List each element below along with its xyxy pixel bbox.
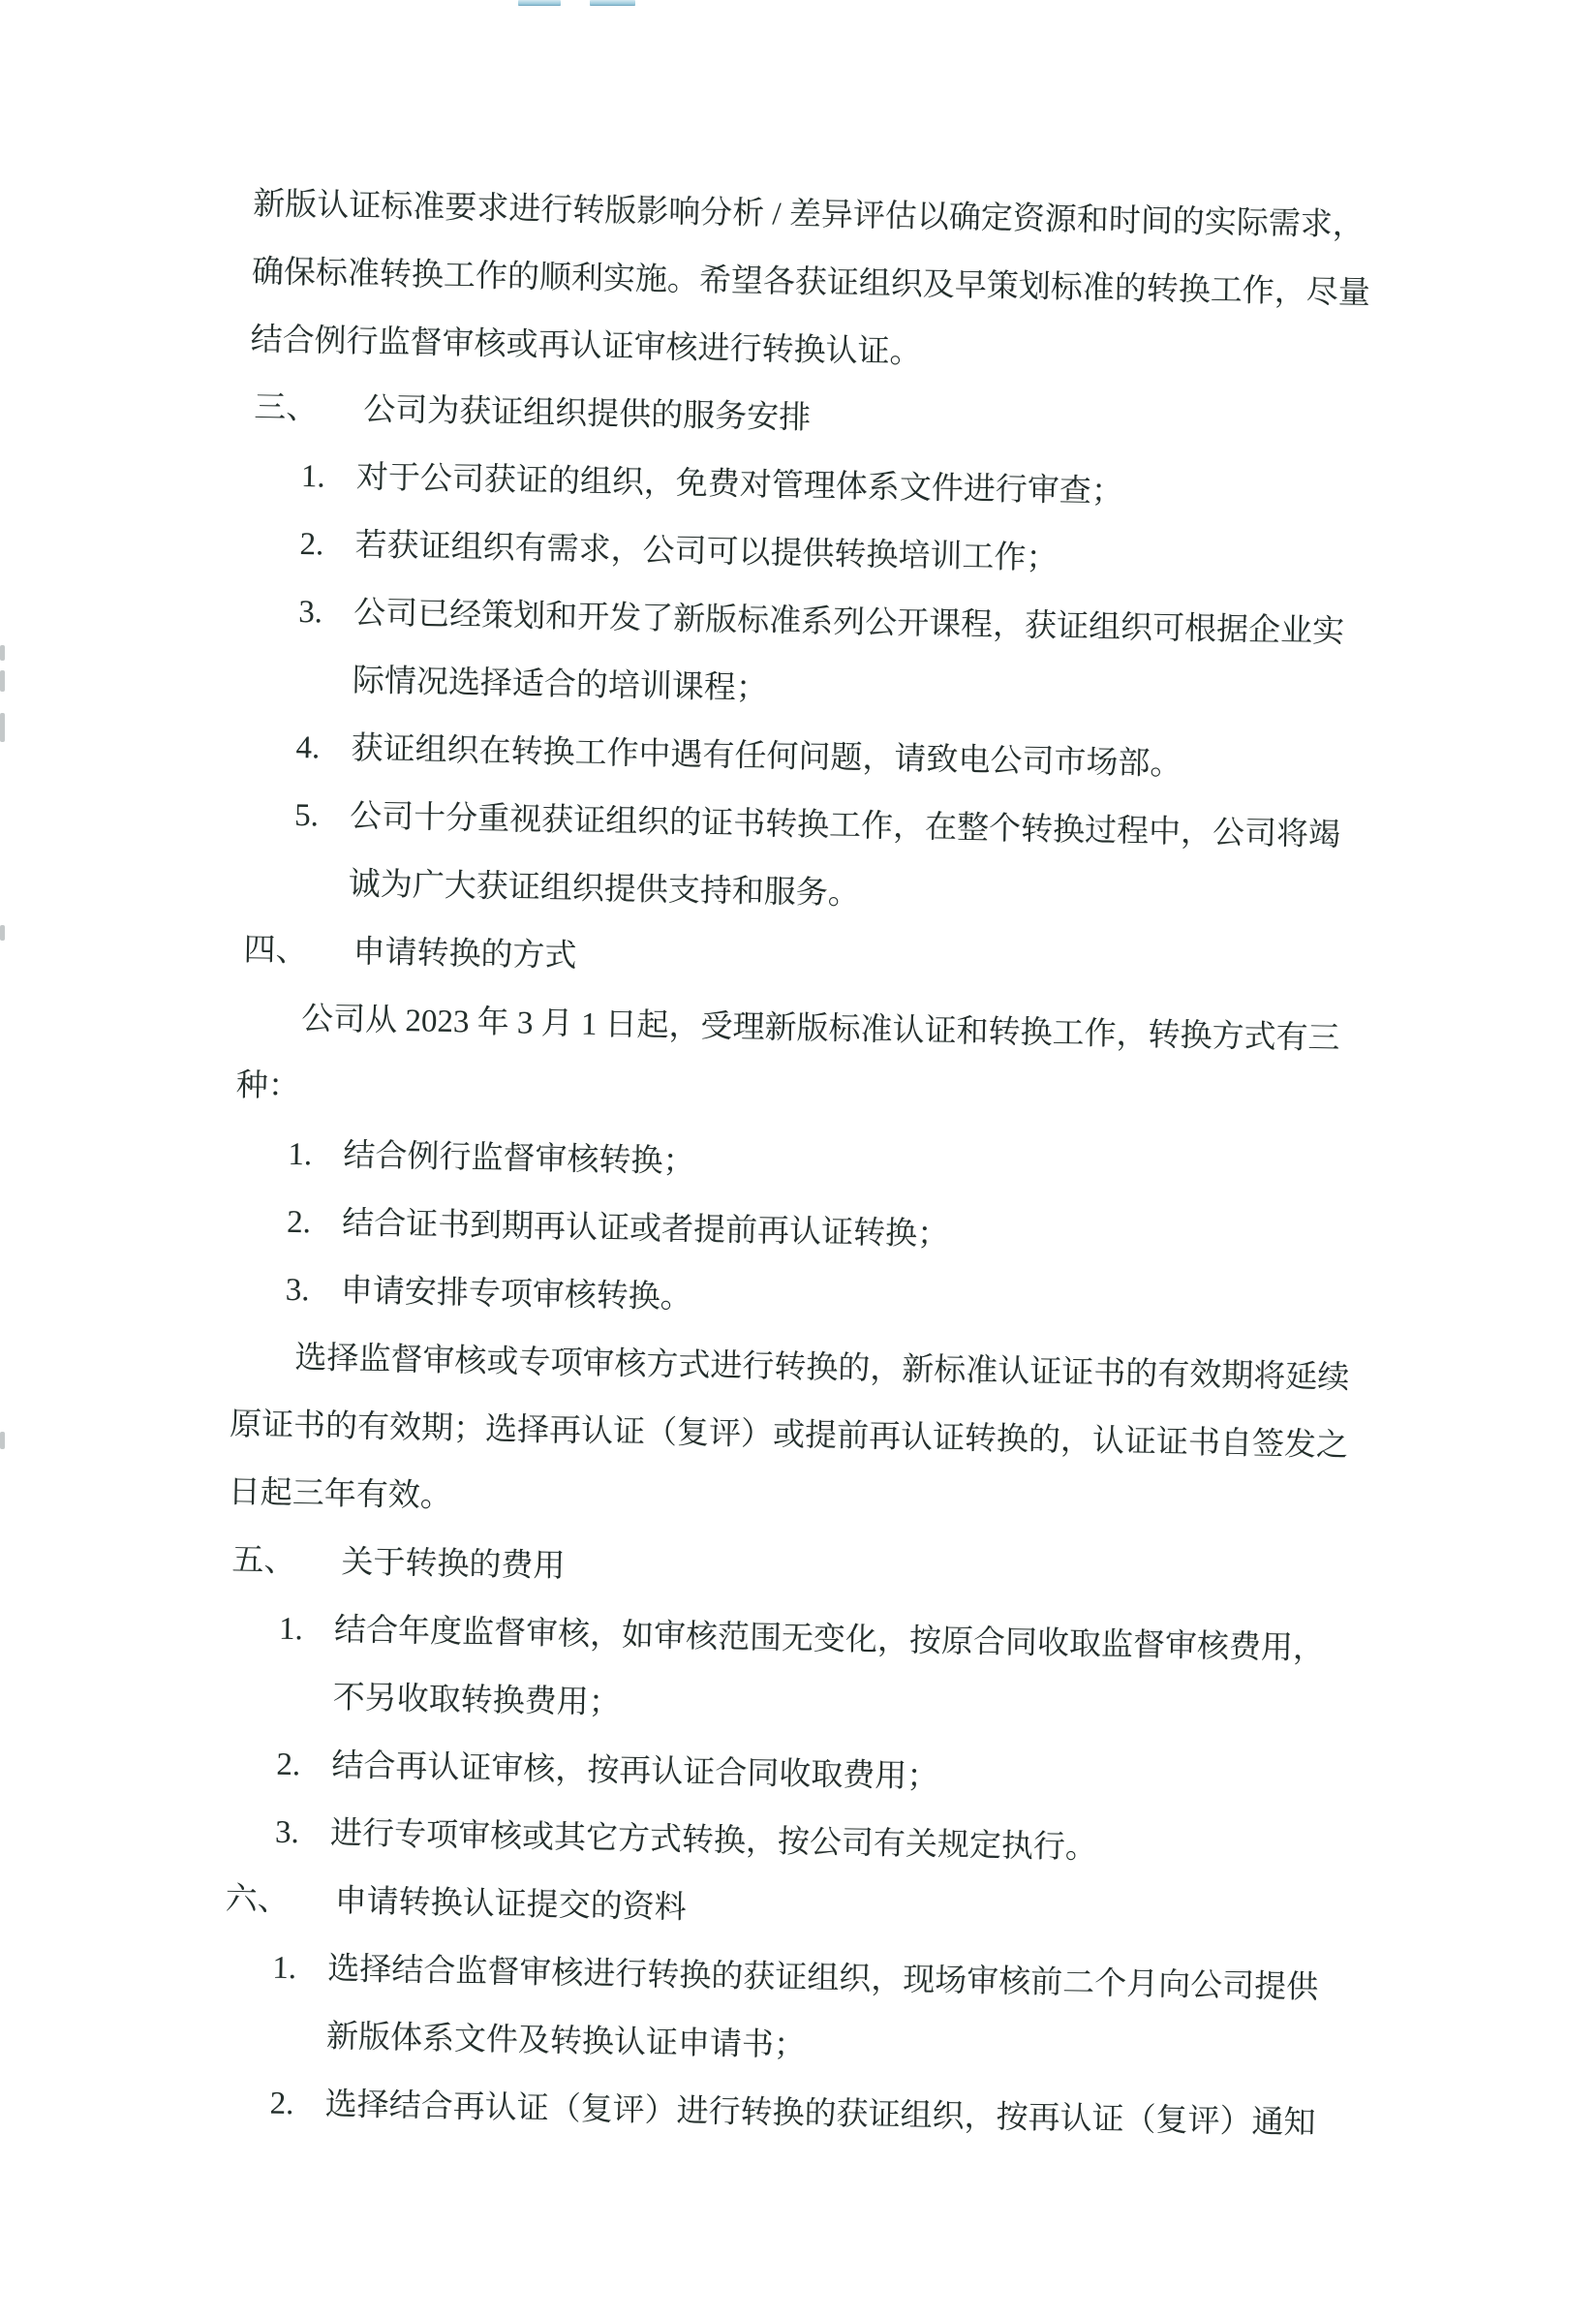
line-text: 日起三年有效。 xyxy=(228,1475,452,1514)
line-text: 诚为广大获证组织提供支持和服务。 xyxy=(349,867,861,912)
line-text: 种： xyxy=(236,1068,301,1104)
line-text: 获证组织在转换工作中遇有任何问题，请致电公司市场部。 xyxy=(351,731,1182,782)
line-text: 选择结合监督审核进行转换的获证组织，现场审核前二个月向公司提供 xyxy=(327,1952,1319,2006)
section-number: 六、 xyxy=(225,1866,335,1935)
item-number: 1. xyxy=(300,443,356,511)
line-text: 不另收取转换费用； xyxy=(332,1681,621,1721)
line-text: 新版体系文件及转换认证申请书； xyxy=(326,2020,807,2063)
item-number: 3. xyxy=(298,578,354,647)
item-number: 2. xyxy=(276,1731,332,1800)
line-text: 结合再认证审核，按再认证合同收取费用； xyxy=(331,1748,939,1795)
line-text: 新版认证标准要求进行转版影响分析 / 差异评估以确定资源和时间的实际需求， xyxy=(253,187,1365,243)
item-number: 2. xyxy=(269,2070,325,2139)
line-text: 确保标准转换工作的顺利实施。希望各获证组织及早策划标准的转换工作，尽量 xyxy=(252,255,1370,311)
line-text: 公司从 2023 年 3 月 1 日起，受理新版标准认证和转换工作，转换方式有三 xyxy=(301,1002,1340,1057)
scan-edge-mark xyxy=(0,1432,5,1449)
item-number: 2. xyxy=(299,510,355,579)
item-number: 2. xyxy=(286,1189,342,1257)
line-text: 申请转换认证提交的资料 xyxy=(334,1884,687,1926)
scan-blue-fragment xyxy=(590,0,635,6)
line-text: 关于转换的费用 xyxy=(341,1545,566,1584)
section-number: 五、 xyxy=(231,1527,342,1596)
document-text-block: 新版认证标准要求进行转版影响分析 / 差异评估以确定资源和时间的实际需求，确保标… xyxy=(216,170,1406,2158)
item-number: 1. xyxy=(278,1595,334,1664)
line-text: 公司已经策划和开发了新版标准系列公开课程，获证组织可根据企业实 xyxy=(353,596,1345,650)
line-text: 结合年度监督审核，如审核范围无变化，按原合同收取监督审核费用， xyxy=(334,1613,1326,1667)
item-number: 1. xyxy=(272,1934,328,2003)
section-number: 三、 xyxy=(254,374,364,444)
line-text: 进行专项审核或其它方式转换，按公司有关规定执行。 xyxy=(330,1816,1098,1866)
item-number: 4. xyxy=(295,714,352,783)
line-text: 公司十分重视获证组织的证书转换工作，在整个转换过程中，公司将竭 xyxy=(350,799,1341,853)
line-text: 若获证组织有需求，公司可以提供转换培训工作； xyxy=(354,528,1059,576)
scan-edge-mark xyxy=(0,713,5,742)
scanned-document-page: 新版认证标准要求进行转版影响分析 / 差异评估以确定资源和时间的实际需求，确保标… xyxy=(0,0,1596,2320)
scan-edge-mark xyxy=(0,670,5,692)
line-text: 原证书的有效期；选择再认证（复评）或提前再认证转换的，认证证书自签发之 xyxy=(230,1407,1348,1464)
item-number: 1. xyxy=(288,1121,344,1190)
line-text: 际情况选择适合的培训课程； xyxy=(353,664,769,706)
line-text: 结合例行监督审核转换； xyxy=(343,1138,695,1180)
line-text: 公司为获证组织提供的服务安排 xyxy=(363,392,812,436)
line-text: 结合例行监督审核或再认证审核进行转换认证。 xyxy=(250,323,922,370)
scan-edge-mark xyxy=(0,925,5,941)
line-text: 选择监督审核或专项审核方式进行转换的，新标准认证证书的有效期将延续 xyxy=(294,1341,1349,1396)
line-text: 选择结合再认证（复评）进行转换的获证组织，按再认证（复评）通知 xyxy=(324,2088,1316,2142)
line-text: 申请转换的方式 xyxy=(353,935,577,974)
scan-blue-fragment xyxy=(518,0,561,6)
item-number: 5. xyxy=(294,782,351,851)
line-text: 对于公司获证的组织，免费对管理体系文件进行审查； xyxy=(356,460,1124,510)
item-number: 3. xyxy=(285,1256,341,1325)
scan-edge-mark xyxy=(0,645,5,661)
section-number: 四、 xyxy=(243,916,353,986)
item-number: 3. xyxy=(274,1799,330,1868)
line-text: 申请安排专项审核转换。 xyxy=(340,1274,692,1315)
line-text: 结合证书到期再认证或者提前再认证转换； xyxy=(342,1206,950,1253)
